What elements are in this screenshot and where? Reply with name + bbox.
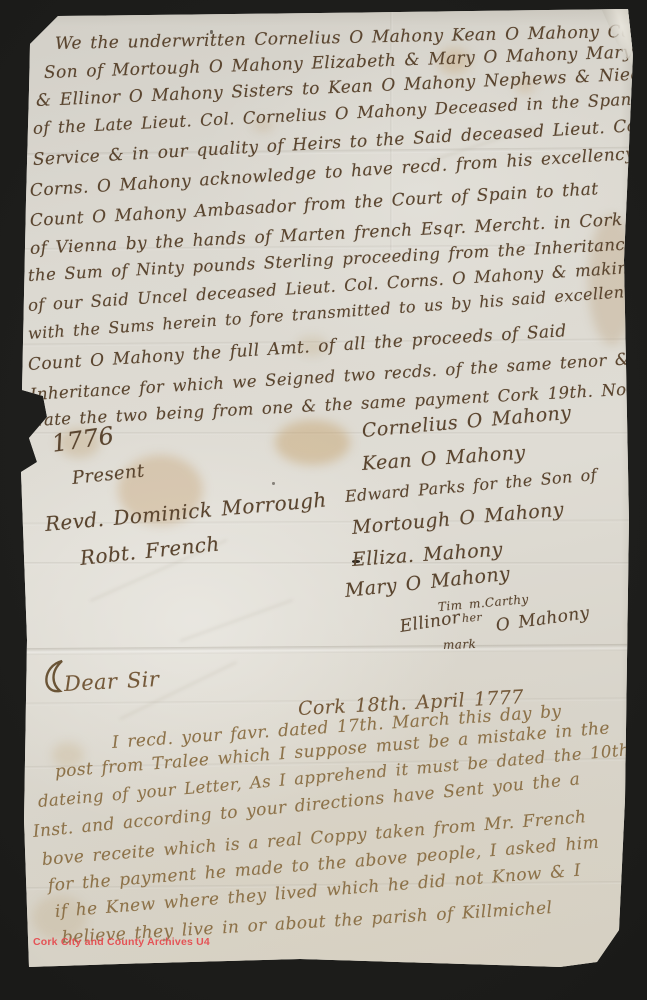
fold-crease — [0, 644, 647, 656]
stain — [275, 420, 350, 465]
archive-watermark: Cork City and County Archives U4 — [33, 936, 210, 948]
signature: Ellinor — [398, 608, 461, 637]
scanned-document: We the underwritten Cornelius O Mahony K… — [0, 0, 647, 1000]
signature: Mortough O Mahony — [351, 499, 565, 539]
ink-showthrough — [180, 599, 293, 642]
signature: her — [462, 611, 483, 625]
signature: Kean O Mahony — [361, 442, 526, 475]
ink-speck — [272, 482, 275, 485]
witness-signature: Robt. French — [79, 531, 221, 570]
signature: O Mahony — [495, 603, 591, 636]
letter-salutation: Dear Sir — [63, 667, 159, 696]
manuscript-page: We the underwritten Cornelius O Mahony K… — [0, 0, 647, 1000]
signature: mark — [443, 637, 477, 652]
witness-signature: Revd. Dominick Morrough — [44, 487, 328, 536]
present-label: Present — [71, 460, 146, 489]
